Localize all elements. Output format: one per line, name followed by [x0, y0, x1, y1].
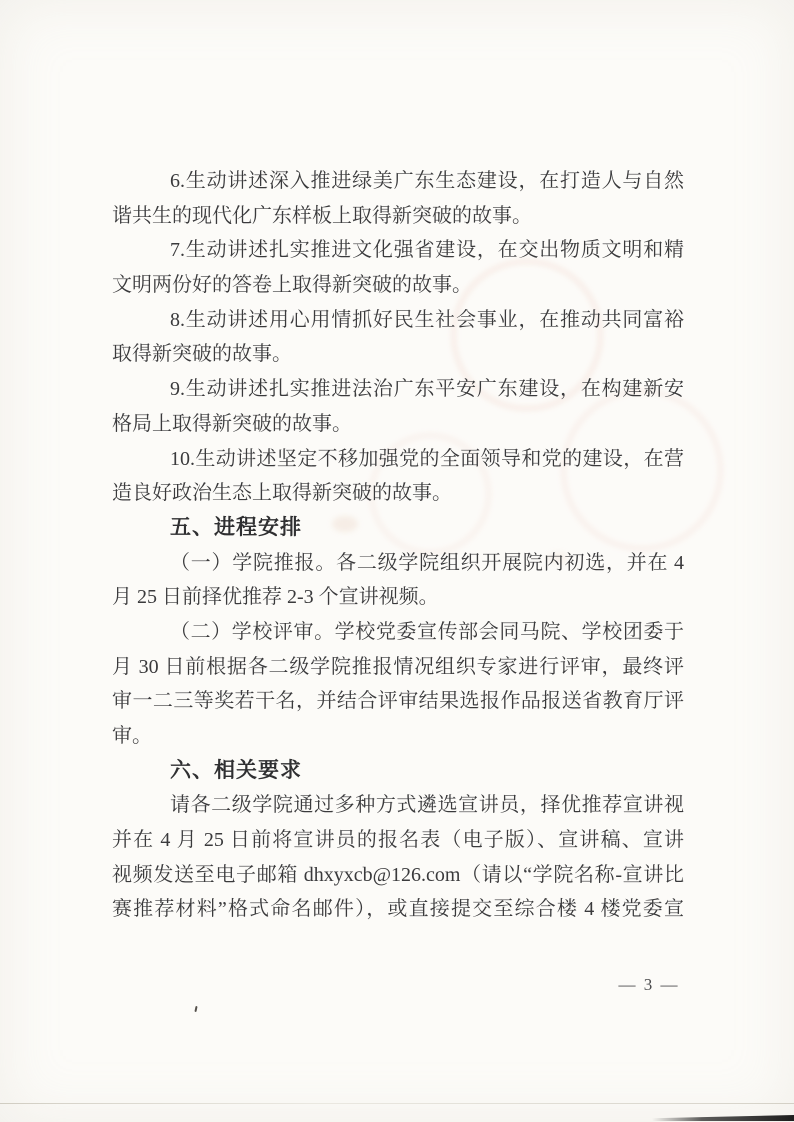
document-line: 谐共生的现代化广东样板上取得新突破的故事。	[112, 199, 684, 234]
scan-edge-line	[0, 1103, 794, 1104]
document-line: 格局上取得新突破的故事。	[112, 407, 684, 442]
document-line: 五、进程安排	[112, 511, 684, 546]
document-line: 审。	[112, 719, 684, 754]
document-line: 请各二级学院通过多种方式遴选宣讲员，择优推荐宣讲视频，	[112, 788, 684, 823]
document-line: （一）学院推报。各二级学院组织开展院内初选，并在 4	[112, 546, 684, 581]
document-line: （二）学校评审。学校党委宣传部会同马院、学校团委于 4	[112, 615, 684, 650]
page-number: — 3 —	[611, 971, 687, 999]
document-line: 月 30 日前根据各二级学院推报情况组织专家进行评审，最终评	[112, 650, 684, 685]
document-line: 9.生动讲述扎实推进法治广东平安广东建设，在构建新安全	[112, 372, 684, 407]
document-line: 6.生动讲述深入推进绿美广东生态建设，在打造人与自然和	[112, 164, 684, 199]
document-line: 视频发送至电子邮箱 dhxyxcb@126.com（请以“学院名称-宣讲比	[112, 858, 684, 893]
scan-corner-mark	[652, 1115, 794, 1121]
document-line: 取得新突破的故事。	[112, 337, 684, 372]
document-line: 10.生动讲述坚定不移加强党的全面领导和党的建设，在营	[112, 442, 684, 477]
document-line: 月 25 日前择优推荐 2-3 个宣讲视频。	[112, 580, 684, 615]
document-line: 8.生动讲述用心用情抓好民生社会事业，在推动共同富裕上	[112, 303, 684, 338]
document-line: 7.生动讲述扎实推进文化强省建设，在交出物质文明和精神	[112, 233, 684, 268]
document-page: 6.生动讲述深入推进绿美广东生态建设，在打造人与自然和谐共生的现代化广东样板上取…	[0, 0, 794, 1122]
document-line: 文明两份好的答卷上取得新突破的故事。	[112, 268, 684, 303]
document-line: 审一二三等奖若干名，并结合评审结果选报作品报送省教育厅评	[112, 684, 684, 719]
document-body: 6.生动讲述深入推进绿美广东生态建设，在打造人与自然和谐共生的现代化广东样板上取…	[112, 164, 684, 927]
document-line: 六、相关要求	[112, 754, 684, 789]
document-line: 造良好政治生态上取得新突破的故事。	[112, 476, 684, 511]
document-line: 赛推荐材料”格式命名邮件），或直接提交至综合楼 4 楼党委宣	[112, 892, 684, 927]
document-line: 并在 4 月 25 日前将宣讲员的报名表（电子版）、宣讲稿、宣讲	[112, 823, 684, 858]
scan-speck-artifact	[194, 1006, 197, 1012]
